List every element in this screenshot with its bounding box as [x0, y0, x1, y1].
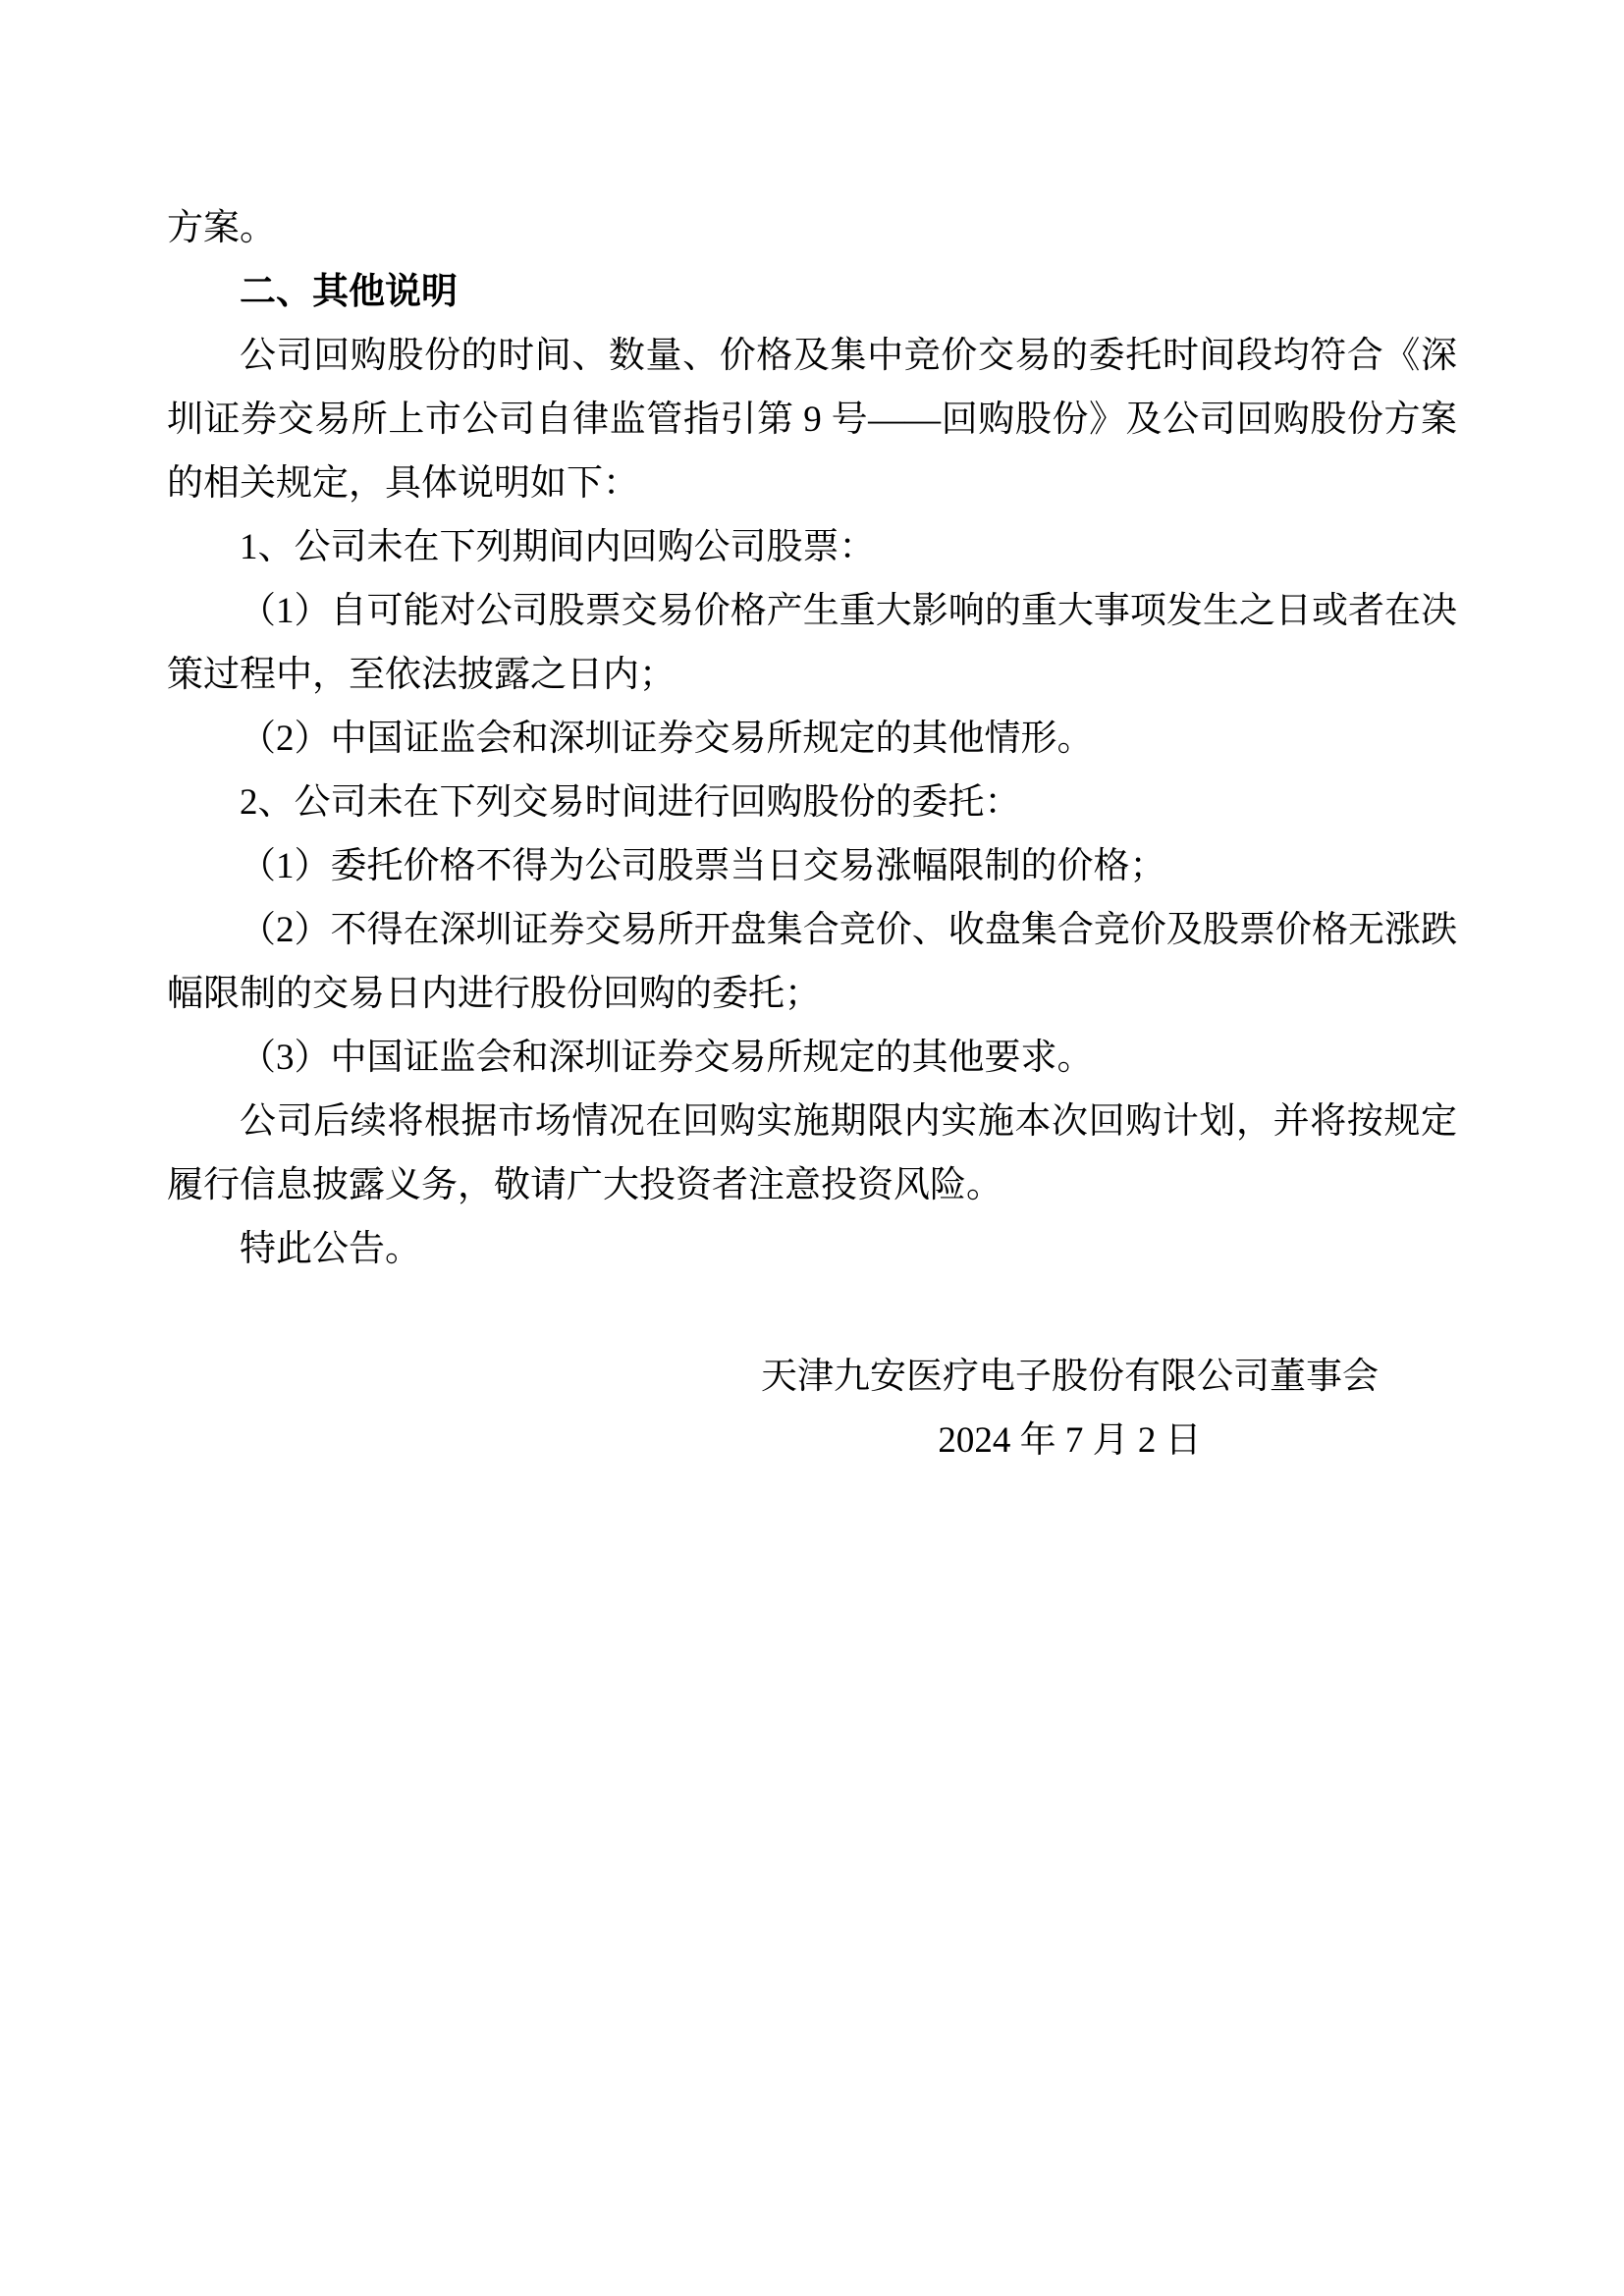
document-page: 方案。 二、其他说明 公司回购股份的时间、数量、价格及集中竞价交易的委托时间段均… [0, 0, 1624, 2296]
signature-block: 天津九安医疗电子股份有限公司董事会 2024 年 7 月 2 日 [761, 1345, 1379, 1472]
section-heading-other-notes: 二、其他说明 [167, 260, 1457, 324]
signature-date: 2024 年 7 月 2 日 [761, 1409, 1379, 1472]
paragraph-item-2-sub-3: （3）中国证监会和深圳证券交易所规定的其他要求。 [167, 1026, 1457, 1090]
paragraph-closing-statement: 公司后续将根据市场情况在回购实施期限内实施本次回购计划，并将按规定履行信息披露义… [167, 1090, 1457, 1217]
paragraph-continuation: 方案。 [167, 196, 1457, 260]
paragraph-item-1-sub-1: （1）自可能对公司股票交易价格产生重大影响的重大事项发生之日或者在决策过程中，至… [167, 579, 1457, 707]
paragraph-item-2: 2、公司未在下列交易时间进行回购股份的委托： [167, 771, 1457, 834]
paragraph-item-2-sub-2: （2）不得在深圳证券交易所开盘集合竞价、收盘集合竞价及股票价格无涨跌幅限制的交易… [167, 898, 1457, 1026]
paragraph-item-1-sub-2: （2）中国证监会和深圳证券交易所规定的其他情形。 [167, 707, 1457, 771]
signature-company-name: 天津九安医疗电子股份有限公司董事会 [761, 1345, 1379, 1409]
blank-line [167, 1281, 1457, 1345]
paragraph-announcement-note: 特此公告。 [167, 1217, 1457, 1281]
paragraph-compliance-statement: 公司回购股份的时间、数量、价格及集中竞价交易的委托时间段均符合《深圳证券交易所上… [167, 324, 1457, 515]
paragraph-item-2-sub-1: （1）委托价格不得为公司股票当日交易涨幅限制的价格； [167, 834, 1457, 898]
paragraph-item-1: 1、公司未在下列期间内回购公司股票： [167, 515, 1457, 579]
